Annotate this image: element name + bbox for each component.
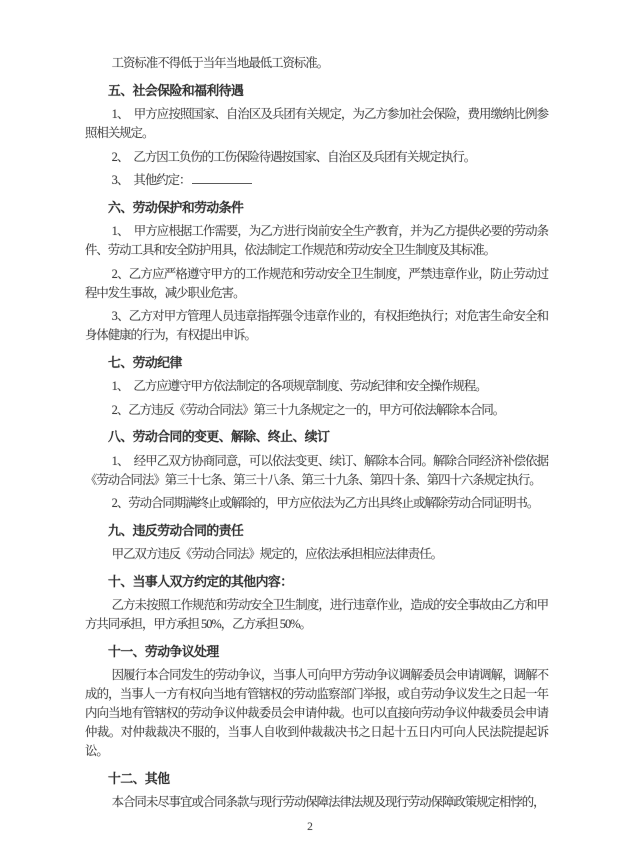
contract-clause: 1、 经甲乙双方协商同意，可以依法变更、续订、解除本合同。解除合同经济补偿依据《…	[85, 452, 548, 490]
section-heading-breach-liability: 九、违反劳动合同的责任	[85, 520, 548, 539]
contract-clause: 1、 甲方应根据工作需要，为乙方进行岗前安全生产教育，并为乙方提供必要的劳动条件…	[85, 222, 548, 260]
section-heading-labor-discipline: 七、劳动纪律	[85, 352, 548, 371]
contract-clause-other-agreements: 3、 其他约定：	[85, 171, 548, 190]
contract-clause: 乙方未按照工作规范和劳动安全卫生制度，进行违章作业，造成的安全事故由乙方和甲方共…	[85, 596, 548, 634]
section-heading-contract-changes: 八、劳动合同的变更、解除、终止、续订	[85, 426, 548, 445]
contract-clause: 3、乙方对甲方管理人员违章指挥强令违章作业的，有权拒绝执行；对危害生命安全和身体…	[85, 307, 548, 345]
section-heading-social-insurance: 五、社会保险和福利待遇	[85, 80, 548, 99]
blank-underline	[192, 172, 252, 184]
contract-clause: 2、乙方违反《劳动合同法》第三十九条规定之一的，甲方可依法解除本合同。	[85, 401, 548, 420]
section-heading-labor-protection: 六、劳动保护和劳动条件	[85, 197, 548, 216]
section-heading-dispute-resolution: 十一、劳动争议处理	[85, 641, 548, 660]
contract-clause: 本合同未尽事宜或合同条款与现行劳动保障法律法规及现行劳动保障政策规定相悖的，	[85, 793, 548, 812]
contract-clause: 2、劳动合同期满终止或解除的，甲方应依法为乙方出具终止或解除劳动合同证明书。	[85, 494, 548, 513]
contract-continuation-line: 工资标准不得低于当年当地最低工资标准。	[85, 54, 548, 73]
contract-clause: 因履行本合同发生的劳动争议，当事人可向甲方劳动争议调解委员会申请调解，调解不成的…	[85, 666, 548, 761]
document-page: 工资标准不得低于当年当地最低工资标准。 五、社会保险和福利待遇 1、 甲方应按照…	[0, 0, 620, 845]
contract-clause: 1、 乙方应遵守甲方依法制定的各项规章制度、劳动纪律和安全操作规程。	[85, 377, 548, 396]
section-heading-miscellaneous: 十二、其他	[85, 768, 548, 787]
page-number: 2	[0, 821, 620, 833]
contract-clause: 2、乙方应严格遵守甲方的工作规范和劳动安全卫生制度，严禁违章作业，防止劳动过程中…	[85, 265, 548, 303]
clause-label: 3、 其他约定：	[112, 173, 191, 187]
contract-clause: 2、 乙方因工负伤的工伤保险待遇按国家、自治区及兵团有关规定执行。	[85, 148, 548, 167]
contract-clause: 1、 甲方应按照国家、自治区及兵团有关规定，为乙方参加社会保险，费用缴纳比例参照…	[85, 105, 548, 143]
section-heading-other-agreed-content: 十、当事人双方约定的其他内容：	[85, 571, 548, 590]
contract-clause: 甲乙双方违反《劳动合同法》规定的，应依法承担相应法律责任。	[85, 545, 548, 564]
